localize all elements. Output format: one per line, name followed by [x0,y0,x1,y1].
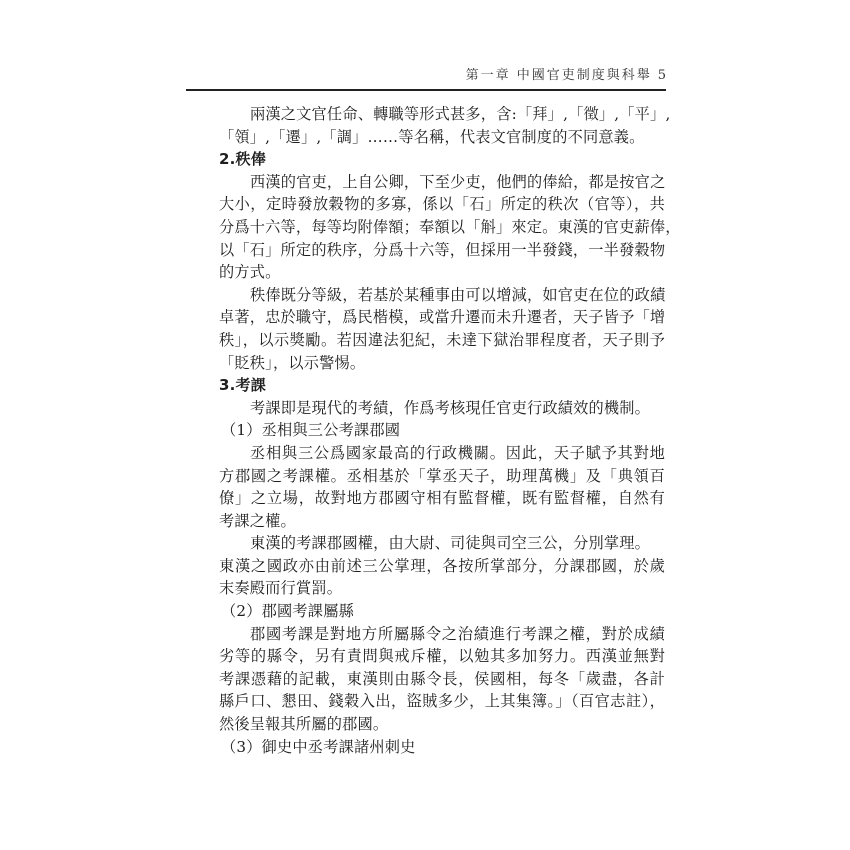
text-line: 卓著，忠於職守，爲民楷模，或當升遷而未升遷者，天子皆予「增 [219,306,665,329]
text-line: 東漢的考課郡國權，由大尉、司徒與司空三公，分別掌理。 [219,532,665,555]
text-line: 以「石」所定的秩序，分爲十六等，但採用一半發錢，一半發穀物 [219,239,665,262]
text-line: 考課憑藉的記載，東漢則由縣令長，侯國相，每冬「歲盡，各計 [219,668,665,691]
text-line: 劣等的縣令，另有責問與戒斥權，以勉其多加努力。西漢並無對 [219,645,665,668]
chapter-title: 第一章 中國官吏制度與科舉 [466,68,652,83]
text-line: 考課之權。 [219,510,665,533]
text-line: 然後呈報其所屬的郡國。 [219,713,665,736]
text-line: 秩俸既分等級，若基於某種事由可以增減，如官吏在位的政績 [219,284,665,307]
header-rule [186,89,666,91]
text-line: 僚」之立場，故對地方郡國守相有監督權，既有監督權，自然有 [219,487,665,510]
section-heading-evaluation: 3.考課 [219,374,665,397]
section-heading-salary: 2.秩俸 [219,148,665,171]
subsection-heading-1: （1）丞相與三公考課郡國 [219,419,665,442]
text-line: 考課即是現代的考績，作爲考核現任官吏行政績效的機制。 [219,397,665,420]
text-line: 「貶秩」，以示警惕。 [219,352,665,375]
text-line: 的方式。 [219,261,665,284]
text-line: 兩漢之文官任命、轉職等形式甚多，含:「拜」,「徵」,「平」, [219,103,665,126]
text-line: 方郡國之考課權。丞相基於「掌丞天子，助理萬機」及「典領百 [219,465,665,488]
text-line: 西漢的官吏，上自公卿，下至少吏，他們的俸給，都是按官之 [219,171,665,194]
text-line: 東漢之國政亦由前述三公掌理，各按所掌部分，分課郡國，於歲 [219,555,665,578]
book-page: 第一章 中國官吏制度與科舉5 兩漢之文官任命、轉職等形式甚多，含:「拜」,「徵」… [0,0,850,850]
subsection-heading-3: （3）御史中丞考課諸州刺史 [219,736,665,759]
text-line: 大小，定時發放穀物的多寡，係以「石」所定的秩次（官等），共 [219,193,665,216]
text-line: 末奏殿而行賞罰。 [219,577,665,600]
text-line: 縣戶口、懇田、錢穀入出，盜賊多少，上其集簿。」（百官志註）， [219,690,665,713]
running-header: 第一章 中國官吏制度與科舉5 [466,64,666,83]
page-body: 兩漢之文官任命、轉職等形式甚多，含:「拜」,「徵」,「平」, 「領」,「遷」,「… [219,103,665,758]
page-number: 5 [658,68,666,83]
text-line: 郡國考課是對地方所屬縣令之治績進行考課之權，對於成績 [219,623,665,646]
text-line: 丞相與三公爲國家最高的行政機關。因此，天子賦予其對地 [219,442,665,465]
text-line: 分爲十六等，每等均附俸額；奉額以「斛」來定。東漢的官吏薪俸， [219,216,665,239]
text-line: 秩」，以示獎勵。若因違法犯紀，未達下獄治罪程度者，天子則予 [219,329,665,352]
text-line: 「領」,「遷」,「調」……等名稱，代表文官制度的不同意義。 [219,126,665,149]
subsection-heading-2: （2）郡國考課屬縣 [219,600,665,623]
